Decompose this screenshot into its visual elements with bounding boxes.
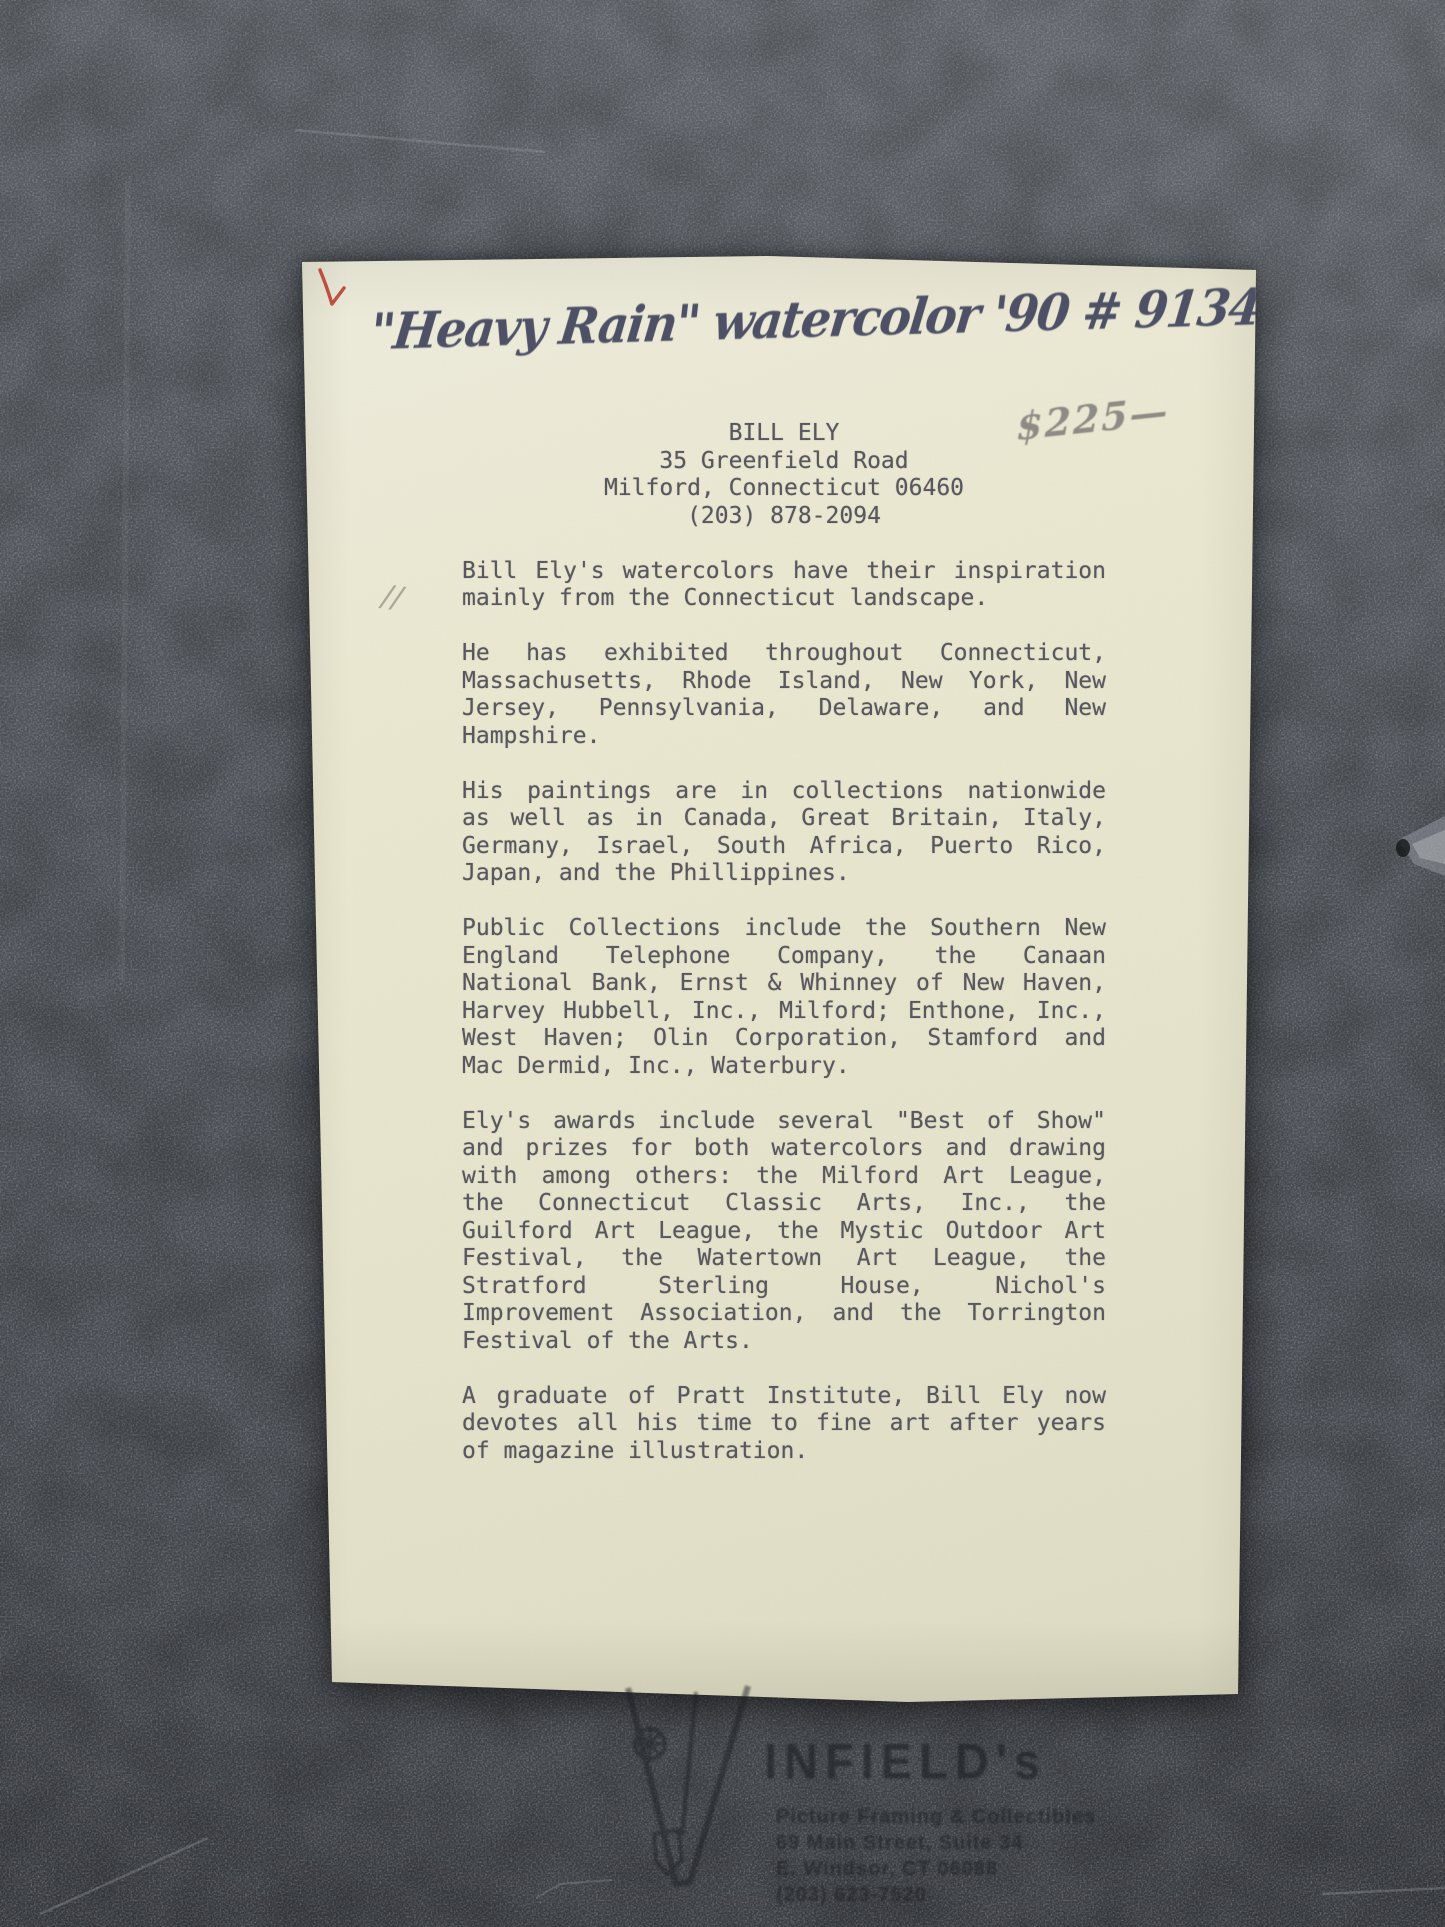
stamp-address-lines: Picture Framing & Collectibles69 Main St…	[776, 1804, 1096, 1908]
typed-line: Bill Ely's watercolors have their inspir…	[462, 558, 1106, 586]
award-ribbon-icon	[596, 1684, 781, 1919]
typed-line: as well as in Canada, Great Britain, Ita…	[462, 805, 1106, 833]
stamp-line: (203) 623-7520	[776, 1882, 1096, 1908]
typed-line: His paintings are in collections nationw…	[462, 778, 1106, 806]
photo-frame-backing-board: "Heavy Rain" watercolor '90 # 9134 $225—…	[0, 0, 1445, 1927]
typed-line: He has exhibited throughout Connecticut,	[462, 640, 1106, 668]
letterhead-address-line2: Milford, Connecticut 06460	[462, 475, 1106, 503]
scratch-line	[295, 130, 545, 152]
typed-line: Mac Dermid, Inc., Waterbury.	[462, 1053, 1106, 1081]
typed-line: Public Collections include the Southern …	[462, 915, 1106, 943]
typed-line: Hampshire.	[462, 723, 1106, 751]
typed-line: Massachusetts, Rhode Island, New York, N…	[462, 668, 1106, 696]
typed-paragraph: Bill Ely's watercolors have their inspir…	[462, 558, 1106, 613]
typed-line: the Connecticut Classic Arts, Inc., the	[462, 1190, 1106, 1218]
letterhead-phone: (203) 878-2094	[462, 503, 1106, 531]
typed-line: West Haven; Olin Corporation, Stamford a…	[462, 1025, 1106, 1053]
artist-bio-sheet: "Heavy Rain" watercolor '90 # 9134 $225—…	[288, 250, 1268, 1710]
typed-paragraphs: Bill Ely's watercolors have their inspir…	[462, 558, 1106, 1466]
typed-line: Jersey, Pennsylvania, Delaware, and New	[462, 695, 1106, 723]
typed-paragraph: His paintings are in collections nationw…	[462, 778, 1106, 888]
typed-line: mainly from the Connecticut landscape.	[462, 585, 1106, 613]
typed-line: Japan, and the Phillippines.	[462, 860, 1106, 888]
typed-biography: BILL ELY 35 Greenfield Road Milford, Con…	[462, 420, 1106, 1465]
typed-line: Guilford Art League, the Mystic Outdoor …	[462, 1218, 1106, 1246]
scratch-line	[122, 180, 128, 980]
stamp-business-name: INFIELD's	[764, 1732, 1047, 1790]
typed-paragraph: He has exhibited throughout Connecticut,…	[462, 640, 1106, 750]
stamp-line: Picture Framing & Collectibles	[776, 1804, 1096, 1830]
typed-line: Germany, Israel, South Africa, Puerto Ri…	[462, 833, 1106, 861]
typed-line: Harvey Hubbell, Inc., Milford; Enthone, …	[462, 998, 1106, 1026]
typed-line: Improvement Association, and the Torring…	[462, 1300, 1106, 1328]
typed-paragraph: A graduate of Pratt Institute, Bill Ely …	[462, 1383, 1106, 1466]
typed-line: Festival, the Watertown Art League, the	[462, 1245, 1106, 1273]
typed-line: National Bank, Ernst & Whinney of New Ha…	[462, 970, 1106, 998]
typed-line: A graduate of Pratt Institute, Bill Ely …	[462, 1383, 1106, 1411]
letterhead-name: BILL ELY	[462, 420, 1106, 448]
typed-line: Festival of the Arts.	[462, 1328, 1106, 1356]
stamp-line: 69 Main Street, Suite 34	[776, 1830, 1096, 1856]
artist-bio-sheet-wrapper: "Heavy Rain" watercolor '90 # 9134 $225—…	[288, 250, 1268, 1710]
framer-stamp: INFIELD's Picture Framing & Collectibles…	[596, 1682, 1196, 1922]
typed-line: devotes all his time to fine art after y…	[462, 1410, 1106, 1438]
typed-line: Stratford Sterling House, Nichol's	[462, 1273, 1106, 1301]
scratch-line	[40, 1838, 208, 1914]
typed-line: of magazine illustration.	[462, 1438, 1106, 1466]
stamp-line: E. Windsor, CT 06088	[776, 1856, 1096, 1882]
typed-line: England Telephone Company, the Canaan	[462, 943, 1106, 971]
typed-paragraph: Public Collections include the Southern …	[462, 915, 1106, 1080]
red-check-mark	[316, 266, 350, 312]
tear-hole	[1396, 839, 1410, 857]
scratch-line	[1322, 1888, 1445, 1894]
typed-line: with among others: the Milford Art Leagu…	[462, 1163, 1106, 1191]
typed-line: Ely's awards include several "Best of Sh…	[462, 1108, 1106, 1136]
typed-line: and prizes for both watercolors and draw…	[462, 1135, 1106, 1163]
typed-paragraph: Ely's awards include several "Best of Sh…	[462, 1108, 1106, 1356]
letterhead-address-line1: 35 Greenfield Road	[462, 448, 1106, 476]
